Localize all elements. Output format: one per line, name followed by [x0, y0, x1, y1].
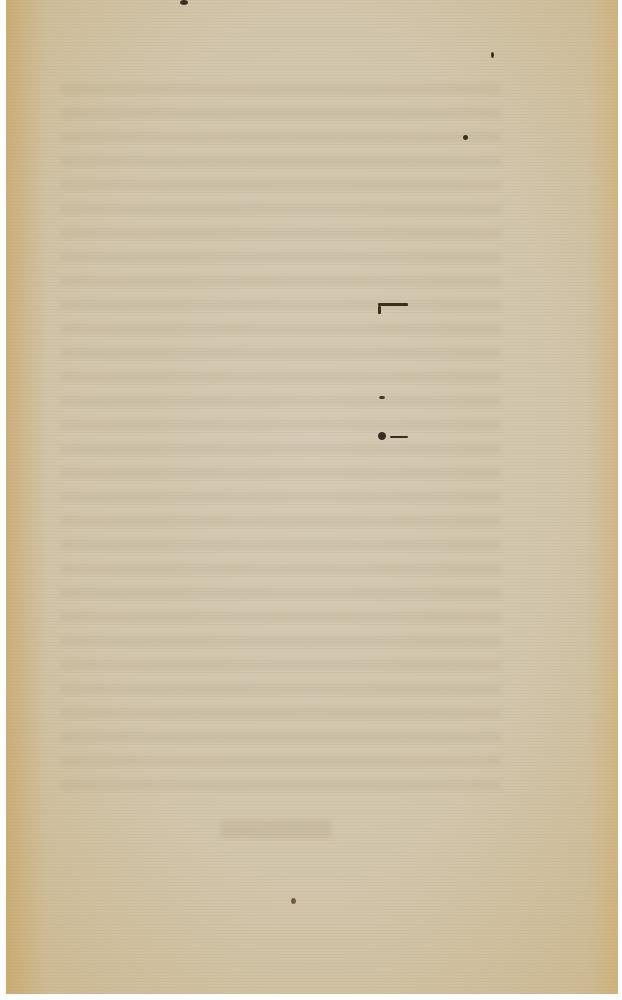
- page-edge-stain-left: [6, 0, 46, 994]
- show-through-text-block: [61, 70, 501, 790]
- ink-speck: [378, 432, 386, 440]
- ink-speck: [291, 898, 296, 904]
- ink-speck: [463, 135, 468, 140]
- ink-speck: [180, 0, 188, 5]
- ink-speck: [378, 303, 408, 306]
- ink-speck: [491, 52, 494, 58]
- ink-speck: [378, 306, 381, 314]
- book-page: blank verso page with illegible show-thr…: [6, 0, 618, 994]
- page-edge-stain-right: [588, 0, 618, 994]
- show-through-footer: [221, 820, 331, 838]
- ink-speck: [379, 396, 385, 399]
- ink-speck: [390, 436, 408, 438]
